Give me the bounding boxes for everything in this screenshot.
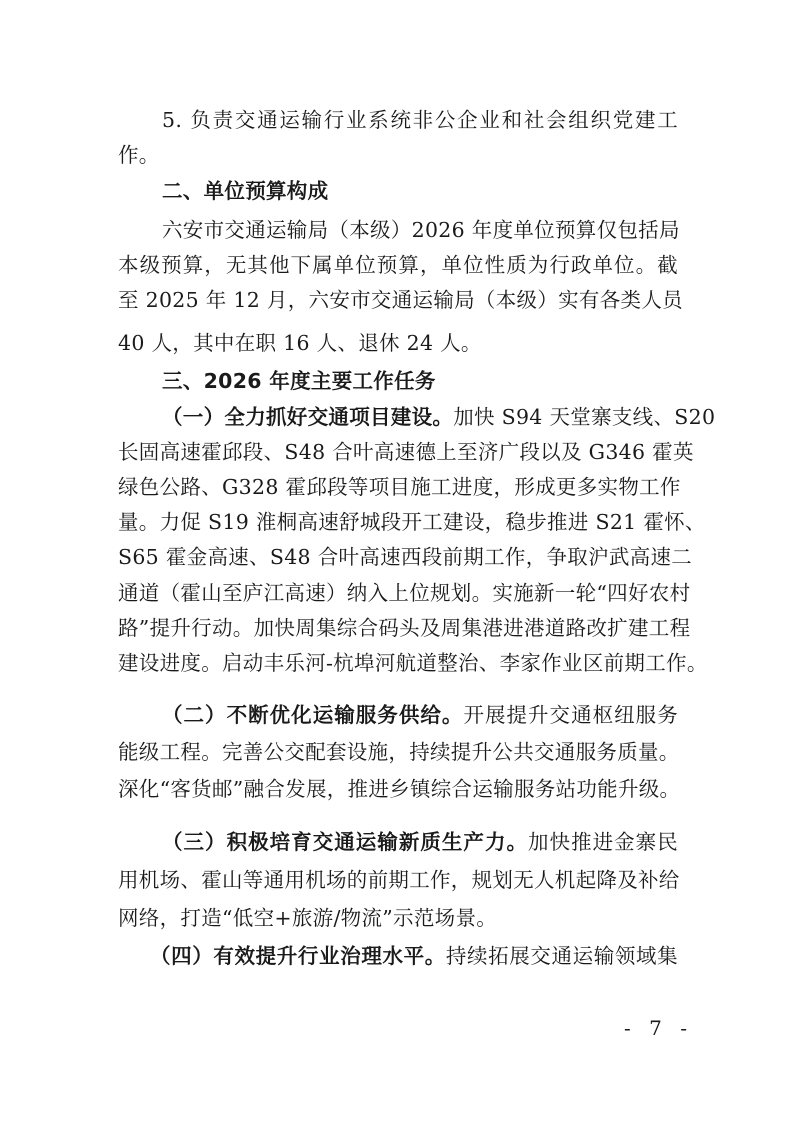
section-heading: 二、单位预算构成 [162,179,678,203]
paragraph-line: 深化“客货邮”融合发展，推进乡镇综合运输服务站功能升级。 [118,777,678,801]
paragraph-line: 路”提升行动。加快周集综合码头及周集港进港道路改扩建工程 [118,616,678,640]
subsection-title: （一）全力抓好交通项目建设。 [162,405,453,429]
paragraph-line: S65 霍金高速、S48 合叶高速西段前期工作，争取沪武高速二 [118,545,678,569]
paragraph-line: 长固高速霍邱段、S48 合叶高速德上至济广段以及 G346 霍英 [118,440,678,464]
paragraph-text: 持续拓展交通运输领域集 [446,944,678,968]
section-heading: 三、2026 年度主要工作任务 [162,369,678,393]
page-number: - 7 - [624,1016,693,1040]
paragraph-line: 至 2025 年 12 月，六安市交通运输局（本级）实有各类人员 [118,288,678,312]
paragraph-text: 加快推进金寨民 [528,830,678,854]
paragraph-line: 作。 [118,143,678,167]
paragraph-line: 量。力促 S19 淮桐高速舒城段开工建设，稳步推进 S21 霍怀、 [118,510,678,534]
paragraph-text: 加快 S94 天堂寨支线、S20 [453,405,715,429]
paragraph-line: 能级工程。完善公交配套设施，持续提升公共交通服务质量。 [118,740,678,764]
subsection-line: （四）有效提升行业治理水平。持续拓展交通运输领域集 [150,944,678,968]
paragraph-line: 本级预算，无其他下属单位预算，单位性质为行政单位。截 [118,253,678,277]
paragraph-line: 5. 负责交通运输行业系统非公企业和社会组织党建工 [162,108,678,132]
paragraph-line: 通道（霍山至庐江高速）纳入上位规划。实施新一轮“四好农村 [118,581,678,605]
paragraph-line: 网络，打造“低空+旅游/物流”示范场景。 [118,906,678,930]
subsection-line: （二）不断优化运输服务供给。开展提升交通枢纽服务 [162,703,678,727]
paragraph-line: 六安市交通运输局（本级）2026 年度单位预算仅包括局 [162,218,678,242]
paragraph-text: 开展提升交通枢纽服务 [463,703,678,727]
subsection-line: （三）积极培育交通运输新质生产力。加快推进金寨民 [162,830,678,854]
paragraph-line: 用机场、霍山等通用机场的前期工作，规划无人机起降及补给 [118,868,678,892]
paragraph-line: 绿色公路、G328 霍邱段等项目施工进度，形成更多实物工作 [118,475,678,499]
subsection-title: （三）积极培育交通运输新质生产力。 [162,830,528,854]
paragraph-line: 建设进度。启动丰乐河-杭埠河航道整治、李家作业区前期工作。 [118,651,678,675]
subsection-title: （二）不断优化运输服务供给。 [162,703,463,727]
paragraph-line: 40 人，其中在职 16 人、退休 24 人。 [118,331,678,355]
subsection-line: （一）全力抓好交通项目建设。加快 S94 天堂寨支线、S20 [162,405,678,429]
subsection-title: （四）有效提升行业治理水平。 [150,944,446,968]
